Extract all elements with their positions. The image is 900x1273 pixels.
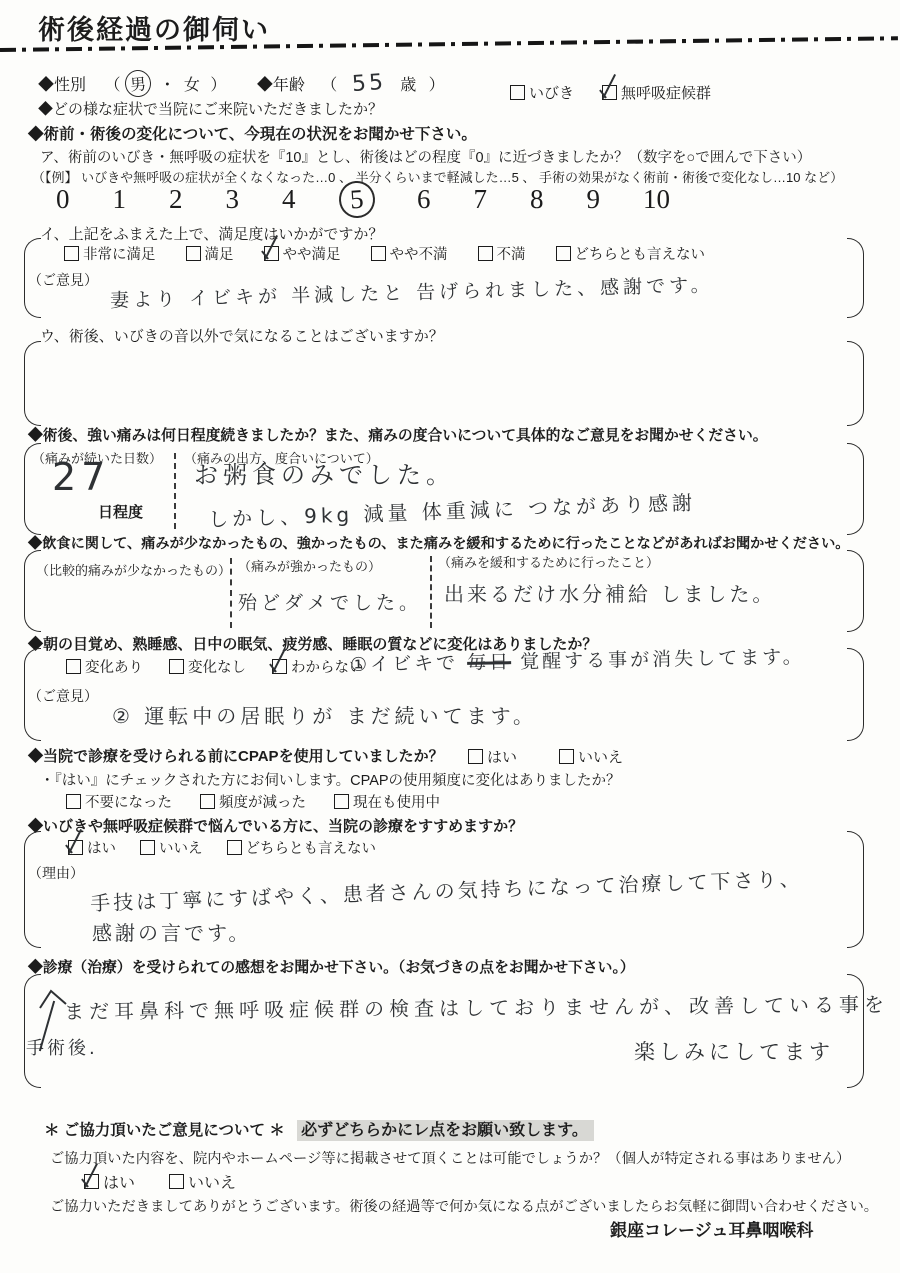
footer-star-prefix: ＊ ご協力頂いたご意見について ＊ xyxy=(44,1122,285,1139)
gender-separator: ・ xyxy=(159,77,175,94)
age-value-handwritten: 55 xyxy=(351,70,387,97)
reason-handwriting-2: 感謝の言です。 xyxy=(92,917,251,946)
note1-struck-word: 毎日 xyxy=(467,651,511,674)
impression-box: まだ耳鼻科で無呼吸症候群の検査はしておりませんが、改善している事を 楽しみにして… xyxy=(24,974,864,1088)
checkbox-somewhat-unsatisfied: やや不満 xyxy=(371,243,448,264)
scale-2: 2 xyxy=(169,186,183,213)
note1-suffix: 覚醒する事が消失してます。 xyxy=(511,646,805,673)
rating-scale: 0 1 2 3 4 5 6 7 8 9 10 xyxy=(56,181,670,218)
gender-female: 女 xyxy=(184,77,200,94)
scale-10: 10 xyxy=(643,186,670,213)
pain-detail-handwriting-1: お粥食のみでした。 xyxy=(194,455,455,490)
pain-detail-handwriting-2: しかし、9kg 減量 体重減に つながあり感謝 xyxy=(208,486,697,532)
reason-label: （理由） xyxy=(28,863,84,883)
sleep-note-2-handwriting: ② 運転中の居眠りが まだ続いてます。 xyxy=(112,700,537,729)
cpap-options: 不要になった 頻度が減った 現在も使用中 xyxy=(66,791,440,812)
scale-1: 1 xyxy=(113,186,127,213)
checkbox-label: いいえ xyxy=(578,746,623,767)
checkbox-very-satisfied: 非常に満足 xyxy=(64,243,156,264)
gender-paren-close: ） xyxy=(210,77,226,94)
checkbox-somewhat-satisfied: やや満足 xyxy=(264,243,341,264)
symptom-options: いびき 無呼吸症候群 xyxy=(510,82,711,103)
pain-box: （痛みが続いた日数） （痛みの出方、度合いについて） 27 日程度 お粥食のみで… xyxy=(24,443,864,535)
checkbox-label: やや満足 xyxy=(283,243,341,264)
checkbox-cpap-still-using: 現在も使用中 xyxy=(334,791,440,812)
checkbox-label: 変化なし xyxy=(188,656,246,677)
pain-days-unit: 日程度 xyxy=(98,501,143,522)
scale-6: 6 xyxy=(417,186,431,213)
sleep-note-1-handwriting: ①イビキで 毎日 覚醒する事が消失してます。 xyxy=(350,642,805,677)
checkbox-icon xyxy=(66,794,81,809)
checkbox-label: はい xyxy=(487,746,517,767)
checkbox-icon xyxy=(227,840,242,855)
checkbox-label: 満足 xyxy=(205,243,234,264)
checkbox-icon xyxy=(84,1174,99,1189)
checkbox-icon xyxy=(468,749,483,764)
scale-7: 7 xyxy=(474,186,488,213)
checkbox-icon xyxy=(64,246,79,261)
checkbox-change-yes: 変化あり xyxy=(66,656,143,677)
gender-male-circled: 男 xyxy=(124,69,152,98)
diet-col1-label: （比較的痛みが少なかったもの） xyxy=(36,560,231,579)
age-paren-open: （ xyxy=(321,77,337,94)
checkbox-label: どちらとも言えない xyxy=(246,837,377,858)
checkbox-mukokyu: 無呼吸症候群 xyxy=(602,82,711,103)
checkbox-icon xyxy=(602,85,617,100)
checkbox-label: はい xyxy=(103,1170,135,1193)
insertion-note-handwriting: 手術後. xyxy=(26,1034,98,1060)
checkbox-label: 変化あり xyxy=(85,656,143,677)
permission-options: はい いいえ xyxy=(84,1170,236,1193)
permission-question: ご協力頂いた内容を、院内やホームページ等に掲載させて頂くことは可能でしょうか？（… xyxy=(50,1148,850,1168)
footer-star-highlighted: 必ずどちらかにレ点をお願い致します。 xyxy=(297,1120,594,1141)
diet-col3-handwriting: 出来るだけ水分補給 しました。 xyxy=(444,578,775,607)
cpap-yesno: はい いいえ xyxy=(468,746,623,767)
gender-paren-open: （ xyxy=(104,77,120,94)
opinion-handwriting: 妻より イビキが 半減したと 告げられました、感謝です。 xyxy=(110,270,714,313)
impression-handwriting-1: まだ耳鼻科で無呼吸症候群の検査はしておりませんが、改善している事を xyxy=(64,988,889,1024)
checkbox-label: いいえ xyxy=(159,837,203,858)
change-sub-a: ア、術前のいびき・無呼吸の症状を『10』とし、術後はどの程度『0』に近づきました… xyxy=(40,146,811,167)
checkbox-change-no: 変化なし xyxy=(169,656,246,677)
sub-u-answer-box xyxy=(24,341,864,426)
checkbox-cpap-unneeded: 不要になった xyxy=(66,791,172,812)
checkbox-label: 非常に満足 xyxy=(83,243,156,264)
checkbox-icon xyxy=(559,749,574,764)
impression-handwriting-2: 楽しみにしてます xyxy=(634,1036,834,1066)
reason-handwriting-1: 手技は丁寧にすばやく、患者さんの気持ちになって治療して下さり、 xyxy=(90,863,803,917)
opinion-label: （ご意見） xyxy=(28,270,98,290)
checkbox-icon xyxy=(68,840,83,855)
diet-col2-handwriting: 殆どダメでした。 xyxy=(238,588,422,615)
checkbox-label: やや不満 xyxy=(390,243,448,264)
checkbox-icon xyxy=(556,246,571,261)
recommend-options: はい いいえ どちらとも言えない xyxy=(68,837,376,858)
checkbox-icon xyxy=(140,840,155,855)
scale-8: 8 xyxy=(530,186,544,213)
checkbox-satisfied: 満足 xyxy=(186,243,234,264)
note1-prefix: ①イビキで xyxy=(350,652,467,676)
checkbox-recommend-yes: はい xyxy=(68,837,116,858)
checkbox-cpap-no: いいえ xyxy=(559,746,623,767)
checkbox-publish-no: いいえ xyxy=(169,1170,236,1193)
checkbox-icon xyxy=(169,1174,184,1189)
profile-row: ◆性別 （ 男 ・ 女 ） ◆年齢 （ 55 歳 ） xyxy=(38,70,445,97)
checkbox-icon xyxy=(200,794,215,809)
age-paren-close: ） xyxy=(429,77,445,94)
checkbox-icon xyxy=(264,246,279,261)
cpap-followup: ・『はい』にチェックされた方にお伺いします。CPAPの使用頻度に変化はありました… xyxy=(40,769,621,790)
age-unit: 歳 xyxy=(400,77,416,94)
checkbox-icon xyxy=(371,246,386,261)
diet-divider-1 xyxy=(230,558,232,628)
age-label: ◆年齢 xyxy=(257,77,305,94)
page-title: 術後経過の御伺い xyxy=(38,8,270,47)
sleep-box: 変化あり 変化なし わからない ①イビキで 毎日 覚醒する事が消失してます。 （… xyxy=(24,648,864,741)
checkbox-icon xyxy=(66,659,81,674)
checkbox-neither: どちらとも言えない xyxy=(556,243,706,264)
diet-col3-label: （痛みを緩和するために行ったこと） xyxy=(438,552,659,571)
checkbox-label: 現在も使用中 xyxy=(353,791,440,812)
diet-box: （比較的痛みが少なかったもの） （痛みが強かったもの） （痛みを緩和するために行… xyxy=(24,550,864,632)
checkbox-cpap-reduced: 頻度が減った xyxy=(200,791,306,812)
checkbox-label: 不要になった xyxy=(85,791,172,812)
checkbox-recommend-neither: どちらとも言えない xyxy=(227,837,377,858)
checkbox-label: いいえ xyxy=(188,1170,236,1193)
diet-col2-label: （痛みが強かったもの） xyxy=(238,556,381,575)
recommend-box: はい いいえ どちらとも言えない （理由） 手技は丁寧にすばやく、患者さんの気持… xyxy=(24,831,864,948)
checkbox-icon xyxy=(186,246,201,261)
checkbox-icon xyxy=(169,659,184,674)
checkbox-icon xyxy=(334,794,349,809)
clinic-name: 銀座コレージュ耳鼻咽喉科 xyxy=(610,1216,813,1241)
checkbox-label: いびき xyxy=(529,82,574,103)
checkbox-cpap-yes: はい xyxy=(468,746,517,767)
checkbox-unsatisfied: 不満 xyxy=(478,243,526,264)
pain-days-handwriting: 27 xyxy=(52,455,110,499)
sleep-opinion-label: （ご意見） xyxy=(28,686,98,706)
change-heading: ◆術前・術後の変化について、今現在の状況をお聞かせ下さい。 xyxy=(28,122,477,144)
pain-heading: ◆術後、強い痛みは何日程度続きましたか？また、痛みの度合いについて具体的なご意見… xyxy=(28,424,768,445)
checkbox-icon xyxy=(478,246,493,261)
scale-9: 9 xyxy=(587,186,601,213)
footer-star-line: ＊ ご協力頂いたご意見について ＊ 必ずどちらかにレ点をお願い致します。 xyxy=(44,1117,594,1140)
checkbox-icon xyxy=(510,85,525,100)
checkbox-icon xyxy=(272,659,287,674)
scale-3: 3 xyxy=(226,186,240,213)
checkbox-recommend-no: いいえ xyxy=(140,837,203,858)
checkbox-label: はい xyxy=(87,837,116,858)
satisfaction-options: 非常に満足 満足 やや満足 やや不満 不満 どちらとも言えない xyxy=(64,243,705,264)
checkbox-publish-yes: はい xyxy=(84,1170,135,1193)
scale-0: 0 xyxy=(56,186,70,213)
checkbox-label: 頻度が減った xyxy=(219,791,306,812)
checkbox-label: 不満 xyxy=(497,243,526,264)
survey-form-page: 術後経過の御伺い ◆性別 （ 男 ・ 女 ） ◆年齢 （ 55 歳 ） ◆どの様… xyxy=(0,0,900,1273)
scale-5-circled: 5 xyxy=(337,180,375,219)
cpap-question: ◆当院で診療を受けられる前にCPAPを使用していましたか？ xyxy=(28,745,444,766)
scale-4: 4 xyxy=(282,186,296,213)
pain-column-divider xyxy=(174,453,176,529)
sleep-options: 変化あり 変化なし わからない xyxy=(66,656,364,677)
diet-divider-2 xyxy=(430,556,432,628)
satisfaction-box: 非常に満足 満足 やや満足 やや不満 不満 どちらとも言えない （ご意見） 妻よ… xyxy=(24,238,864,318)
checkbox-ibiki: いびき xyxy=(510,82,574,103)
checkbox-label: どちらとも言えない xyxy=(575,243,706,264)
checkbox-label: 無呼吸症候群 xyxy=(621,82,711,103)
gender-label: ◆性別 xyxy=(38,77,86,94)
symptom-question: ◆どの様な症状で当院にご来院いただきましたか？ xyxy=(38,98,383,119)
footer-thanks: ご協力いただきましてありがとうございます。術後の経過等で何か気になる点がございま… xyxy=(50,1196,878,1216)
